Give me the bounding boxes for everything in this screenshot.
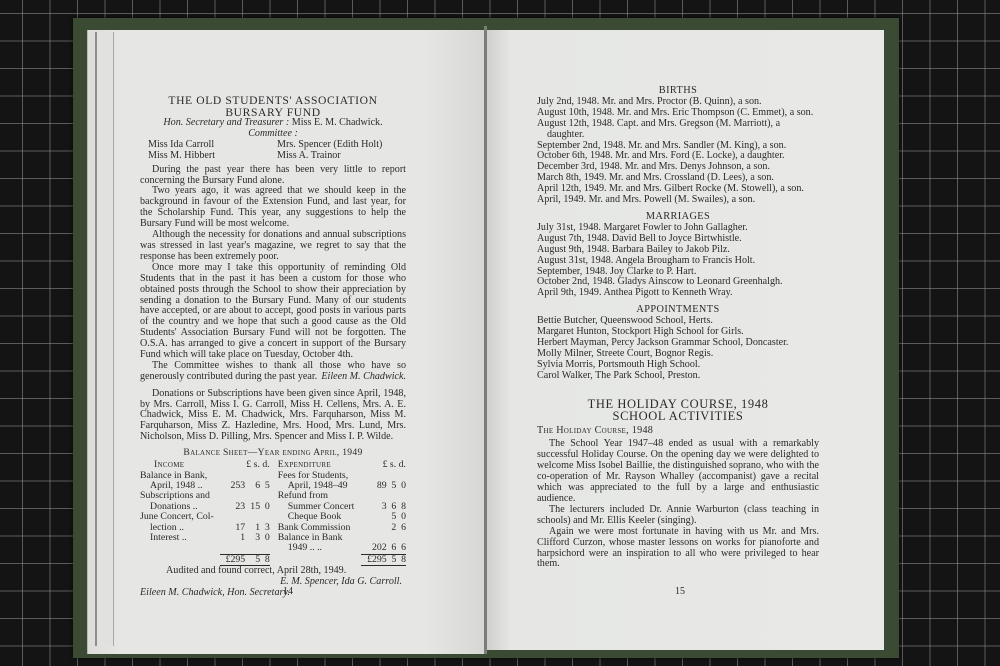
appointment-entry: Carol Walker, The Park School, Preston. [537, 371, 819, 382]
income-pounds [220, 543, 245, 554]
total-income-shillings: 5 [245, 554, 260, 565]
income-shillings [245, 512, 260, 522]
holiday-course-subheading: The Holiday Course, 1948 [537, 426, 819, 437]
committee-list: Miss Ida Carroll Miss M. Hibbert Mrs. Sp… [140, 140, 406, 162]
left-page-content: THE OLD STUDENTS' ASSOCIATION BURSARY FU… [140, 95, 406, 599]
marriage-entry: August 31st, 1948. Angela Brougham to Fr… [537, 256, 819, 267]
total-expenditure-shillings: 5 [387, 554, 397, 565]
expenditure-pence: 0 [396, 512, 406, 522]
income-pounds: 1 [220, 533, 245, 543]
paragraph: Although the necessity for donations and… [140, 230, 406, 263]
school-activities-title: SCHOOL ACTIVITIES [537, 410, 819, 422]
secretary-label: Hon. Secretary and Treasurer : [163, 117, 289, 128]
total-expenditure-pence: 8 [396, 554, 406, 565]
appointments-list: Bettie Butcher, Queenswood School, Herts… [537, 316, 819, 381]
income-pounds: 253 [220, 481, 245, 491]
income-shillings: 15 [245, 502, 260, 512]
birth-entry: August 12th, 1948. Capt. and Mrs. Gregso… [537, 119, 819, 141]
expenditure-item: Cheque Book [270, 512, 362, 522]
donations-paragraph: Donations or Subscriptions have been giv… [140, 389, 406, 444]
total-income-pounds: £295 [220, 554, 245, 565]
currency-header: £ s. d. [361, 460, 406, 470]
income-pence [260, 543, 270, 554]
income-shillings: 6 [245, 481, 260, 491]
balance-row: June Concert, Col-Cheque Book50 [140, 512, 406, 522]
expenditure-pence: 6 [396, 523, 406, 533]
expenditure-pounds [361, 523, 386, 533]
committee-member: Miss A. Trainor [277, 151, 406, 162]
paragraph: Two years ago, it was agreed that we sho… [140, 186, 406, 230]
income-item: June Concert, Col- [140, 512, 220, 522]
income-pounds: 23 [220, 502, 245, 512]
total-expenditure-pounds: £295 [361, 554, 386, 565]
expenditure-pence: 6 [396, 543, 406, 554]
income-pence [260, 512, 270, 522]
left-page: THE OLD STUDENTS' ASSOCIATION BURSARY FU… [87, 30, 485, 654]
paragraph: The lecturers included Dr. Annie Warburt… [537, 505, 819, 527]
birth-entry: April, 1949. Mr. and Mrs. Powell (M. Swa… [537, 195, 819, 206]
marriage-entry: August 9th, 1948. Barbara Bailey to Jako… [537, 245, 819, 256]
expenditure-pounds: 3 [361, 502, 386, 512]
expenditure-pounds: 89 [361, 481, 386, 491]
income-pence: 5 [260, 481, 270, 491]
paragraph: During the past year there has been very… [140, 165, 406, 187]
expenditure-shillings: 5 [387, 512, 397, 522]
expenditure-pounds: 202 [361, 543, 386, 554]
right-page: BIRTHS July 2nd, 1948. Mr. and Mrs. Proc… [487, 30, 884, 650]
total-income-pence: 8 [260, 554, 270, 565]
balance-row: Interest ..130Balance in Bank [140, 533, 406, 543]
income-shillings [245, 543, 260, 554]
balance-sheet-title: Balance Sheet—Year ending April, 1949 [140, 448, 406, 459]
right-page-content: BIRTHS July 2nd, 1948. Mr. and Mrs. Proc… [537, 86, 819, 570]
expenditure-shillings: 5 [387, 481, 397, 491]
expenditure-shillings: 2 [387, 523, 397, 533]
expenditure-item: 1949 .. .. [270, 543, 362, 554]
expenditure-pence: 0 [396, 481, 406, 491]
expenditure-header: Expenditure [270, 460, 362, 470]
income-pence: 0 [260, 502, 270, 512]
income-item: Interest .. [140, 533, 220, 543]
page-number: 15 [675, 586, 685, 597]
expenditure-pounds [361, 512, 386, 522]
holiday-course-title: THE HOLIDAY COURSE, 1948 [537, 398, 819, 410]
births-list: July 2nd, 1948. Mr. and Mrs. Proctor (B.… [537, 97, 819, 206]
balance-header-row: Income £ s. d. Expenditure £ s. d. [140, 460, 406, 470]
balance-sheet-table: Income £ s. d. Expenditure £ s. d. Balan… [140, 460, 406, 566]
paragraph: Once more may I take this opportunity of… [140, 263, 406, 361]
page-number: 14 [283, 586, 293, 597]
secretary-name: Miss E. M. Chadwick. [292, 117, 383, 128]
page-stack-edge [95, 32, 114, 646]
hon-secretary-signature: Eileen M. Chadwick, Hon. Secretary. [140, 588, 406, 599]
committee-member: Miss M. Hibbert [148, 151, 277, 162]
currency-header: £ s. d. [220, 460, 270, 470]
income-header: Income [140, 460, 220, 470]
article-title: THE OLD STUDENTS' ASSOCIATION [140, 95, 406, 107]
income-pounds [220, 512, 245, 522]
income-shillings: 3 [245, 533, 260, 543]
balance-row: 1949 .. ..20266 [140, 543, 406, 554]
income-pence: 0 [260, 533, 270, 543]
paragraph: The School Year 1947–48 ended as usual w… [537, 439, 819, 504]
expenditure-shillings: 6 [387, 543, 397, 554]
balance-total-row: £295 5 8 £295 5 8 [140, 554, 406, 565]
marriages-list: July 31st, 1948. Margaret Fowler to John… [537, 223, 819, 299]
marriage-entry: April 9th, 1949. Anthea Pigott to Kennet… [537, 288, 819, 299]
paragraph: Again we were most fortunate in having w… [537, 527, 819, 571]
income-item [140, 543, 220, 554]
